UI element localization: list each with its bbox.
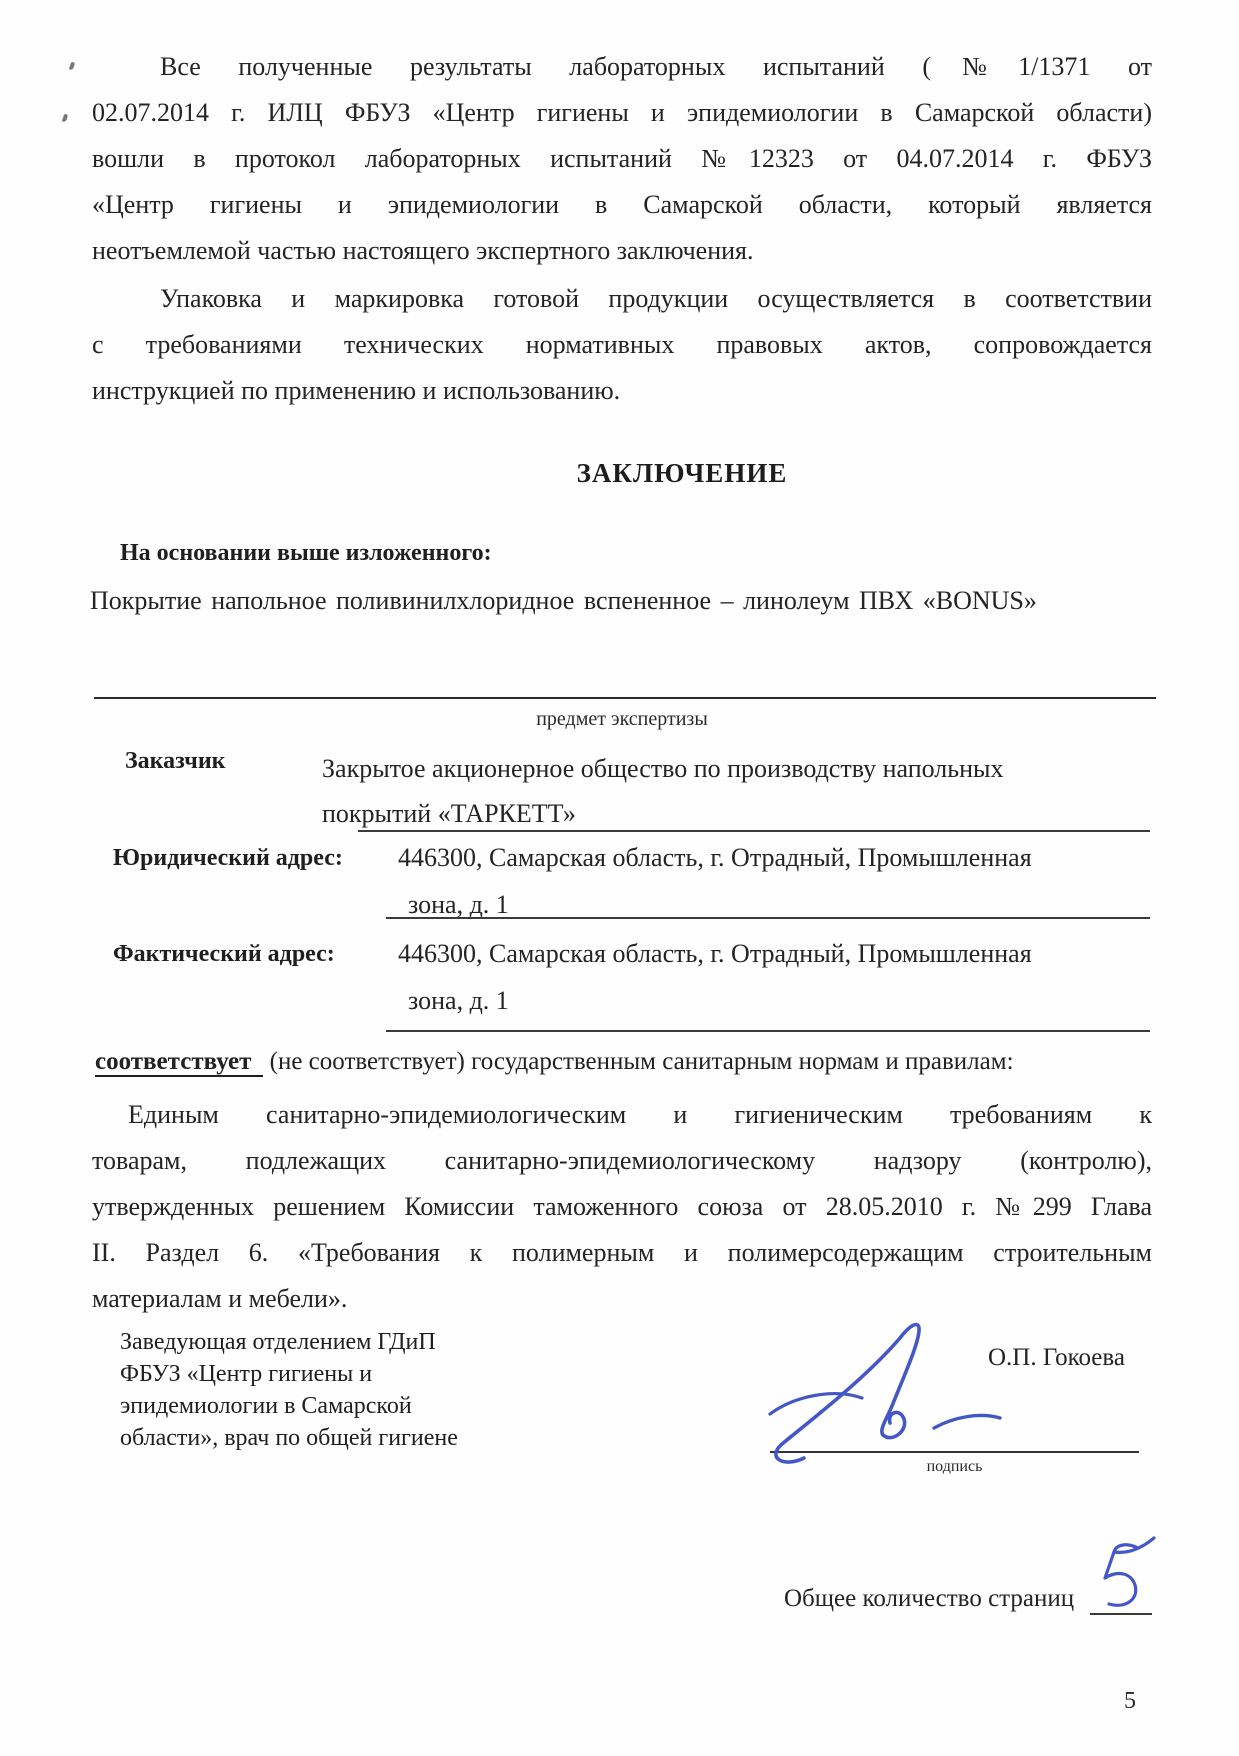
paragraph-line: 02.07.2014 г. ИЛЦ ФБУЗ «Центр гигиены и … xyxy=(92,90,1152,136)
scan-speck xyxy=(62,114,68,123)
scan-speck xyxy=(69,62,75,71)
paragraph-line: товарам, подлежащих санитарно-эпидемиоло… xyxy=(92,1138,1152,1184)
actual-address-label: Фактический адрес: xyxy=(113,941,335,968)
customer-value-line: Закрытое акционерное общество по произво… xyxy=(322,746,1162,791)
legal-address-line1: 446300, Самарская область, г. Отрадный, … xyxy=(398,843,1032,873)
expertise-subject: Покрытие напольное поливинилхлоридное вс… xyxy=(90,586,1160,616)
verdict-rest: (не соответствует) государственным санит… xyxy=(270,1048,1014,1075)
subject-underline xyxy=(94,697,1156,699)
paragraph-line: неотъемлемой частью настоящего экспертно… xyxy=(92,228,1152,274)
signer-position-line: эпидемиологии в Самарской xyxy=(120,1390,540,1422)
paragraph-line: утвержденных решением Комиссии таможенно… xyxy=(92,1184,1152,1230)
subject-caption: предмет экспертизы xyxy=(92,708,1152,731)
handwritten-page-count xyxy=(1088,1536,1158,1616)
legal-address-underline xyxy=(386,917,1150,919)
signer-position-line: ФБУЗ «Центр гигиены и xyxy=(120,1358,540,1390)
legal-address-label: Юридический адрес: xyxy=(113,845,343,872)
actual-address-underline xyxy=(386,1030,1150,1032)
verdict-complies: соответствует xyxy=(95,1048,263,1077)
paragraph-line: Все полученные результаты лабораторных и… xyxy=(92,44,1152,90)
conclusion-heading: ЗАКЛЮЧЕНИЕ xyxy=(92,458,1212,489)
paragraph-line: с требованиями технических нормативных п… xyxy=(92,322,1152,368)
paragraph-requirements: Единым санитарно-эпидемиологическим и ги… xyxy=(92,1092,1152,1322)
actual-address-line2: зона, д. 1 xyxy=(408,986,509,1016)
signer-position-line: области», врач по общей гигиене xyxy=(120,1422,540,1454)
paragraph-line: Упаковка и маркировка готовой продукции … xyxy=(92,276,1152,322)
customer-underline xyxy=(358,830,1150,832)
signer-position-block: Заведующая отделением ГДиП ФБУЗ «Центр г… xyxy=(120,1326,540,1454)
paragraph-line: Единым санитарно-эпидемиологическим и ги… xyxy=(92,1092,1152,1138)
paragraph-line: II. Раздел 6. «Требования к полимерным и… xyxy=(92,1230,1152,1276)
paragraph-packaging: Упаковка и маркировка готовой продукции … xyxy=(92,276,1152,414)
page-number: 5 xyxy=(1124,1688,1136,1715)
paragraph-line: инструкцией по применению и использовани… xyxy=(92,368,1152,414)
paragraph-line: «Центр гигиены и эпидемиологии в Самарск… xyxy=(92,182,1152,228)
basis-statement: На основании выше изложенного: xyxy=(120,540,492,567)
paragraph-lab-results: Все полученные результаты лабораторных и… xyxy=(92,44,1152,274)
customer-value: Закрытое акционерное общество по произво… xyxy=(322,746,1162,836)
scanned-document-page: Все полученные результаты лабораторных и… xyxy=(0,0,1239,1756)
paragraph-line: вошли в протокол лабораторных испытаний … xyxy=(92,136,1152,182)
legal-address-line2: зона, д. 1 xyxy=(408,890,509,920)
total-pages-label: Общее количество страниц xyxy=(784,1585,1074,1613)
signer-position-line: Заведующая отделением ГДиП xyxy=(120,1326,540,1358)
customer-label: Заказчик xyxy=(125,748,226,775)
handwritten-signature xyxy=(742,1318,1142,1468)
verdict-line: соответствует (не соответствует) государ… xyxy=(95,1048,1014,1076)
actual-address-line1: 446300, Самарская область, г. Отрадный, … xyxy=(398,939,1032,969)
paragraph-line: материалам и мебели». xyxy=(92,1276,1152,1322)
